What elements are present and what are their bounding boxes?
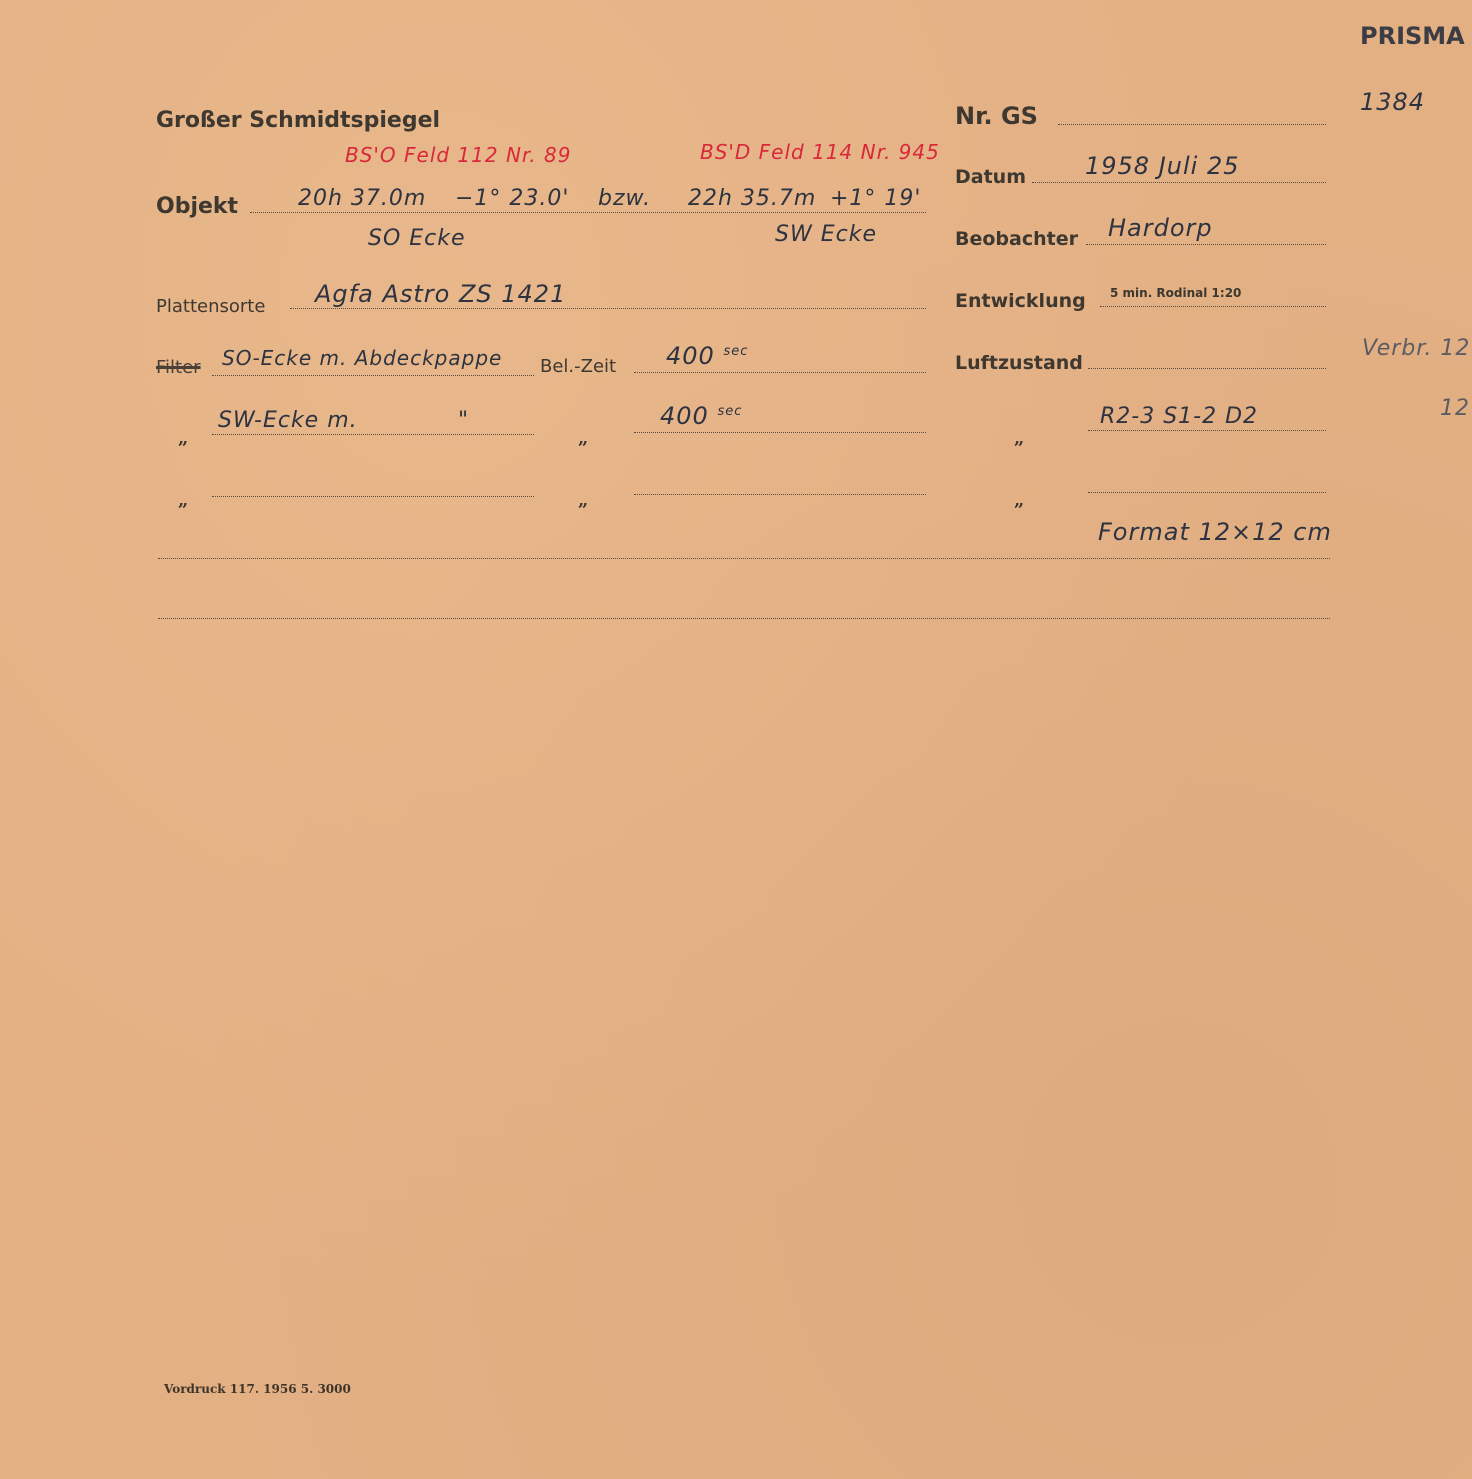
- bel-zeit-value-1: 400 sec: [666, 342, 748, 370]
- margin-note-1: Verbr. 12: [1362, 336, 1470, 361]
- luftzustand-field-1[interactable]: [1088, 368, 1326, 369]
- form-print-footer: Vordruck 117. 1956 5. 3000: [164, 1382, 351, 1396]
- ditto-filter-2: „: [178, 428, 188, 449]
- objekt-conjunction: bzw.: [598, 186, 651, 211]
- objekt-dec-2: +1° 19': [830, 186, 921, 211]
- ditto-bel-zeit-2: „: [578, 428, 588, 449]
- objekt-sub-2: SW Ecke: [775, 222, 877, 247]
- luftzustand-field-3[interactable]: [1088, 492, 1326, 493]
- prisma-stamp: PRISMA: [1360, 22, 1465, 50]
- beobachter-value: Hardorp: [1108, 214, 1213, 242]
- bel-zeit-unit-1: sec: [723, 344, 748, 359]
- filter-field-3[interactable]: [212, 496, 534, 497]
- bel-zeit-field-3[interactable]: [634, 494, 926, 495]
- plate-number-handwritten: 1384: [1360, 88, 1425, 116]
- filter-field-2[interactable]: [212, 434, 534, 435]
- luftzustand-value-2: R2-3 S1-2 D2: [1100, 404, 1258, 429]
- filter-label-struck: Filter: [156, 357, 201, 378]
- ditto-luftzustand-2: „: [1014, 428, 1024, 449]
- entwicklung-field[interactable]: [1100, 306, 1326, 307]
- objekt-label: Objekt: [156, 194, 238, 219]
- bel-zeit-field-1[interactable]: [634, 372, 926, 373]
- entwicklung-value-stamp: 5 min. Rodinal 1:20: [1110, 286, 1241, 300]
- objekt-sub-1: SO Ecke: [368, 226, 466, 251]
- ditto-filter-3: „: [178, 490, 188, 511]
- extra-line-2[interactable]: [158, 618, 1330, 619]
- objekt-ra-2: 22h 35.7m: [688, 186, 816, 211]
- luftzustand-field-2[interactable]: [1088, 430, 1326, 431]
- filter-value-2: SW-Ecke m.: [218, 408, 358, 433]
- objekt-red-note-2: BS'D Feld 114 Nr. 945: [700, 140, 940, 164]
- bel-zeit-number-1: 400: [666, 342, 715, 370]
- margin-note-2: 12': [1440, 396, 1472, 421]
- luftzustand-label: Luftzustand: [955, 352, 1083, 374]
- datum-value: 1958 Juli 25: [1085, 152, 1240, 180]
- nr-gs-label: Nr. GS: [955, 102, 1038, 130]
- beobachter-field[interactable]: [1086, 244, 1326, 245]
- extra-line-1[interactable]: [158, 558, 1330, 559]
- nr-gs-field[interactable]: [1058, 124, 1326, 125]
- objekt-field[interactable]: [250, 212, 926, 213]
- document-paper: PRISMA 1384 Großer Schmidtspiegel Nr. GS…: [0, 0, 1472, 1479]
- ditto-luftzustand-3: „: [1014, 490, 1024, 511]
- form-title: Großer Schmidtspiegel: [156, 108, 440, 133]
- bel-zeit-unit-2: sec: [717, 404, 742, 419]
- datum-field[interactable]: [1032, 182, 1326, 183]
- plattensorte-label: Plattensorte: [156, 296, 265, 317]
- bel-zeit-value-2: 400 sec: [660, 402, 742, 430]
- format-note: Format 12×12 cm: [1098, 518, 1332, 546]
- objekt-dec-1: −1° 23.0': [455, 186, 569, 211]
- bel-zeit-label: Bel.-Zeit: [540, 356, 616, 377]
- bel-zeit-field-2[interactable]: [634, 432, 926, 433]
- ditto-bel-zeit-3: „: [578, 490, 588, 511]
- bel-zeit-number-2: 400: [660, 402, 709, 430]
- plattensorte-field[interactable]: [290, 308, 926, 309]
- filter-field-1[interactable]: [212, 375, 534, 376]
- filter-value-2-ditto: ": [458, 408, 469, 433]
- datum-label: Datum: [955, 166, 1026, 188]
- filter-value-1: SO-Ecke m. Abdeckpappe: [222, 346, 502, 370]
- plattensorte-value: Agfa Astro ZS 1421: [315, 280, 566, 308]
- beobachter-label: Beobachter: [955, 228, 1078, 250]
- objekt-ra-1: 20h 37.0m: [298, 186, 426, 211]
- objekt-red-note-1: BS'O Feld 112 Nr. 89: [345, 143, 571, 167]
- entwicklung-label: Entwicklung: [955, 290, 1086, 312]
